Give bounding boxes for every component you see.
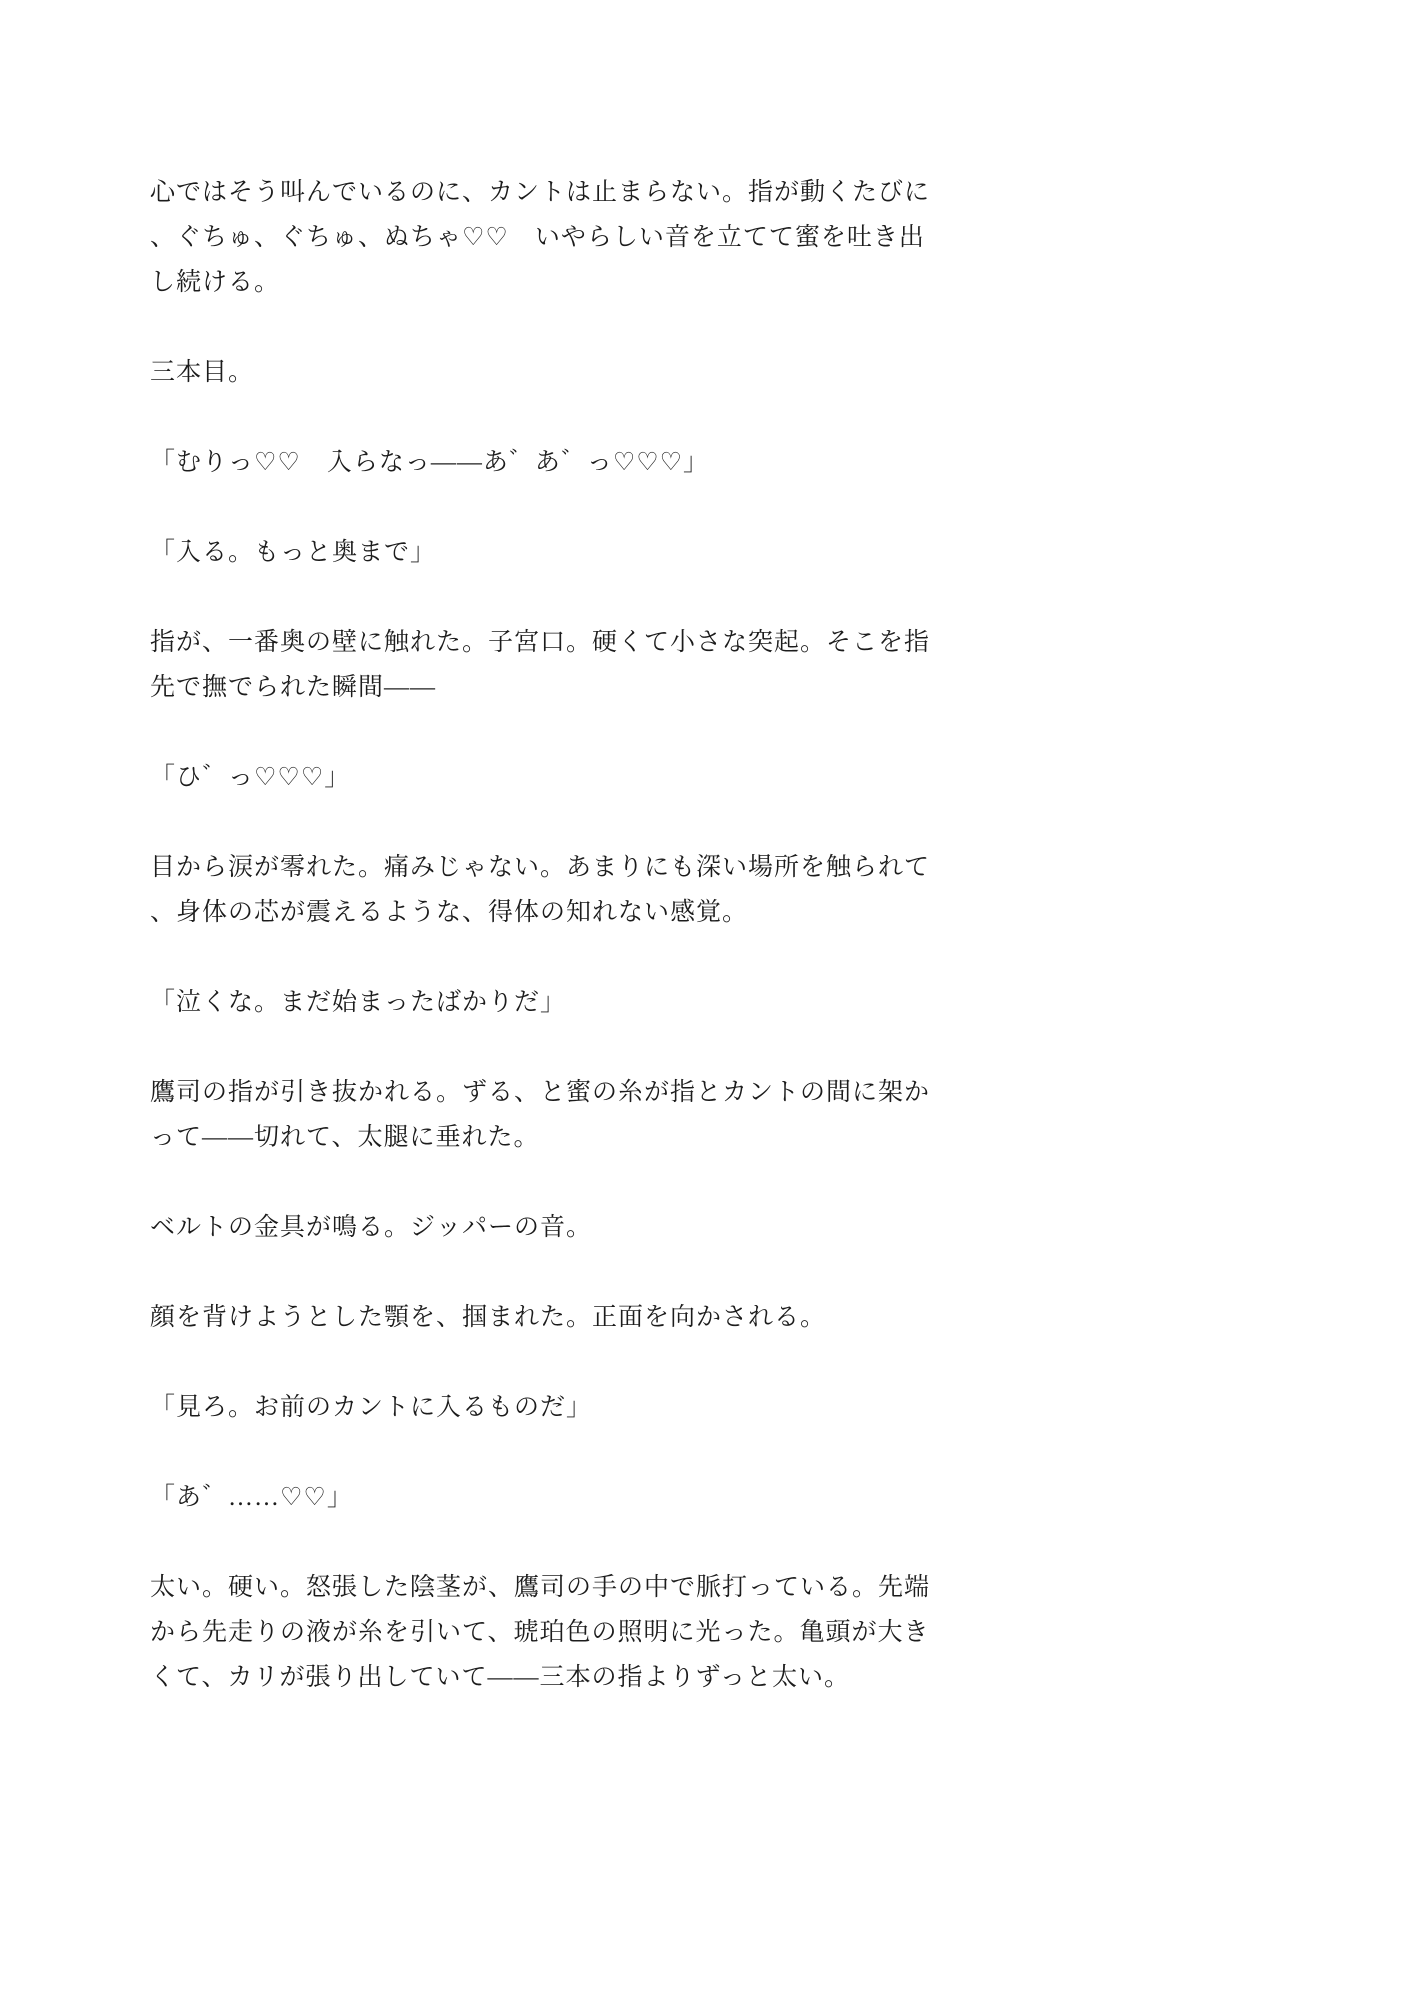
paragraph: 「あ゛……♡♡」 — [150, 1475, 1285, 1520]
text-line: し続ける。 — [150, 260, 1285, 305]
text-line: 顔を背けようとした顎を、掴まれた。正面を向かされる。 — [150, 1295, 1285, 1340]
text-line: 鷹司の指が引き抜かれる。ずる、と蜜の糸が指とカントの間に架か — [150, 1070, 1285, 1115]
text-line: 三本目。 — [150, 350, 1285, 395]
paragraph: 指が、一番奥の壁に触れた。子宮口。硬くて小さな突起。そこを指先で撫でられた瞬間―… — [150, 620, 1285, 710]
paragraph: 「むりっ♡♡ 入らなっ――あ゛あ゛っ♡♡♡」 — [150, 440, 1285, 485]
text-line: 、身体の芯が震えるような、得体の知れない感覚。 — [150, 890, 1285, 935]
document-page: 心ではそう叫んでいるのに、カントは止まらない。指が動くたびに、ぐちゅ、ぐちゅ、ぬ… — [0, 0, 1415, 2000]
text-line: 太い。硬い。怒張した陰茎が、鷹司の手の中で脈打っている。先端 — [150, 1565, 1285, 1610]
text-line: 「むりっ♡♡ 入らなっ――あ゛あ゛っ♡♡♡」 — [150, 440, 1285, 485]
paragraph: ベルトの金具が鳴る。ジッパーの音。 — [150, 1205, 1285, 1250]
text-line: 、ぐちゅ、ぐちゅ、ぬちゃ♡♡ いやらしい音を立てて蜜を吐き出 — [150, 215, 1285, 260]
text-line: 「泣くな。まだ始まったばかりだ」 — [150, 980, 1285, 1025]
text-line: から先走りの液が糸を引いて、琥珀色の照明に光った。亀頭が大き — [150, 1610, 1285, 1655]
paragraph: 「見ろ。お前のカントに入るものだ」 — [150, 1385, 1285, 1430]
paragraph: 目から涙が零れた。痛みじゃない。あまりにも深い場所を触られて、身体の芯が震えるよ… — [150, 845, 1285, 935]
text-line: ベルトの金具が鳴る。ジッパーの音。 — [150, 1205, 1285, 1250]
text-line: って――切れて、太腿に垂れた。 — [150, 1115, 1285, 1160]
text-line: 「あ゛……♡♡」 — [150, 1475, 1285, 1520]
text-line: 先で撫でられた瞬間―― — [150, 665, 1285, 710]
text-line: 「ひ゛っ♡♡♡」 — [150, 755, 1285, 800]
paragraph: 「ひ゛っ♡♡♡」 — [150, 755, 1285, 800]
text-line: 心ではそう叫んでいるのに、カントは止まらない。指が動くたびに — [150, 170, 1285, 215]
text-line: 「入る。もっと奥まで」 — [150, 530, 1285, 575]
text-line: くて、カリが張り出していて――三本の指よりずっと太い。 — [150, 1655, 1285, 1700]
paragraph: 「入る。もっと奥まで」 — [150, 530, 1285, 575]
text-line: 「見ろ。お前のカントに入るものだ」 — [150, 1385, 1285, 1430]
paragraph: 太い。硬い。怒張した陰茎が、鷹司の手の中で脈打っている。先端から先走りの液が糸を… — [150, 1565, 1285, 1700]
paragraph: 「泣くな。まだ始まったばかりだ」 — [150, 980, 1285, 1025]
paragraph: 心ではそう叫んでいるのに、カントは止まらない。指が動くたびに、ぐちゅ、ぐちゅ、ぬ… — [150, 170, 1285, 305]
paragraph: 三本目。 — [150, 350, 1285, 395]
text-line: 目から涙が零れた。痛みじゃない。あまりにも深い場所を触られて — [150, 845, 1285, 890]
paragraph: 鷹司の指が引き抜かれる。ずる、と蜜の糸が指とカントの間に架かって――切れて、太腿… — [150, 1070, 1285, 1160]
text-line: 指が、一番奥の壁に触れた。子宮口。硬くて小さな突起。そこを指 — [150, 620, 1285, 665]
paragraph: 顔を背けようとした顎を、掴まれた。正面を向かされる。 — [150, 1295, 1285, 1340]
document-body: 心ではそう叫んでいるのに、カントは止まらない。指が動くたびに、ぐちゅ、ぐちゅ、ぬ… — [150, 170, 1285, 1745]
